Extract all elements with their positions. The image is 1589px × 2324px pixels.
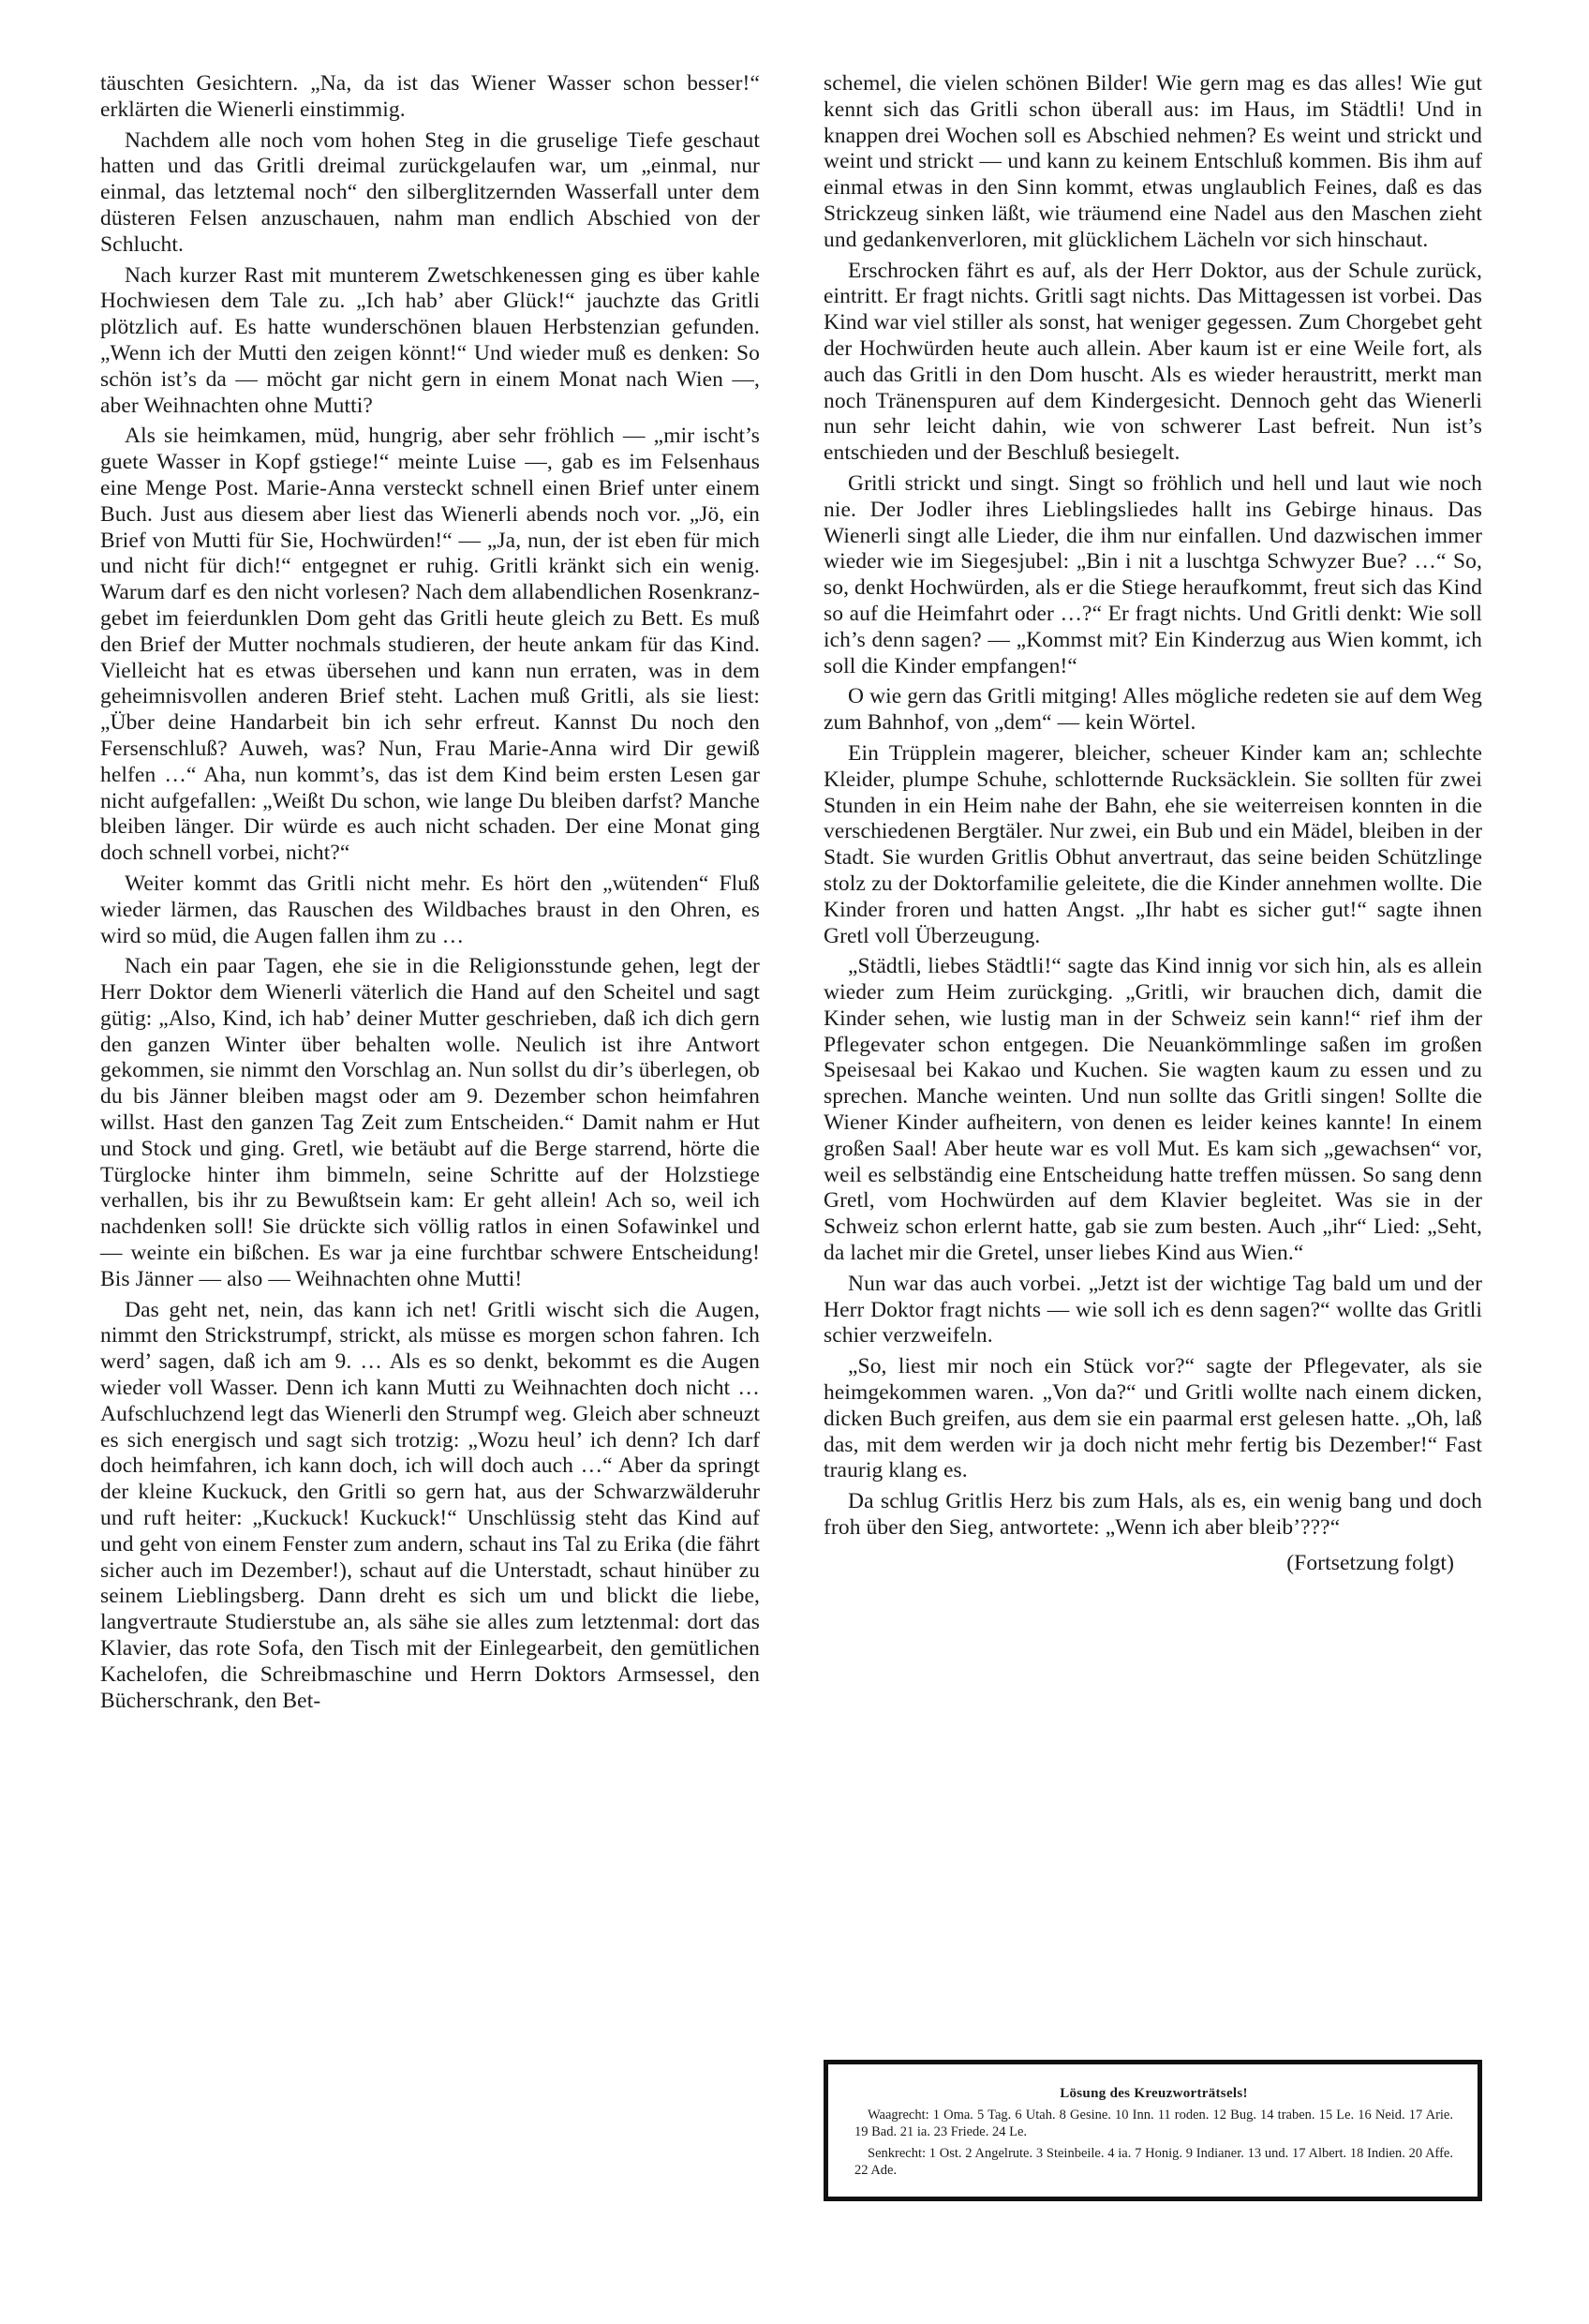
paragraph: Ein Trüpplein magerer, bleicher, scheuer…	[824, 741, 1482, 949]
paragraph: schemel, die vielen schönen Bilder! Wie …	[824, 71, 1482, 254]
paragraph: Nach ein paar Tagen, ehe sie in die Reli…	[100, 954, 760, 1292]
paragraph: Nach kurzer Rast mit munterem Zwetschken…	[100, 263, 760, 420]
paragraph: Weiter kommt das Gritli nicht mehr. Es h…	[100, 871, 760, 949]
paragraph: Nun war das auch vorbei. „Jetzt ist der …	[824, 1272, 1482, 1349]
crossword-solution-box: Lösung des Kreuzworträtsels! Waagrecht: …	[824, 2060, 1482, 2201]
paragraph: Nachdem alle noch vom hohen Steg in die …	[100, 128, 760, 259]
crossword-down-answers: Senkrecht: 1 Ost. 2 Angelrute. 3 Steinbe…	[854, 2145, 1453, 2179]
paragraph: täuschten Gesichtern. „Na, da ist das Wi…	[100, 71, 760, 124]
crossword-across-answers: Waagrecht: 1 Oma. 5 Tag. 6 Utah. 8 Gesin…	[854, 2107, 1453, 2140]
crossword-solution-title: Lösung des Kreuzworträtsels!	[854, 2085, 1453, 2102]
paragraph: Erschrocken fährt es auf, als der Herr D…	[824, 259, 1482, 467]
paragraph: „So, liest mir noch ein Stück vor?“ sagt…	[824, 1354, 1482, 1484]
paragraph: Als sie heimkamen, müd, hungrig, aber se…	[100, 424, 760, 867]
right-text-column: schemel, die vielen schönen Bilder! Wie …	[824, 71, 1482, 1577]
paragraph: Das geht net, nein, das kann ich net! Gr…	[100, 1298, 760, 1715]
to-be-continued-note: (Fortsetzung folgt)	[824, 1551, 1454, 1577]
paragraph: O wie gern das Gritli mitging! Alles mög…	[824, 684, 1482, 737]
paragraph: Gritli strickt und singt. Singt so fröhl…	[824, 471, 1482, 679]
paragraph: „Städtli, liebes Städtli!“ sagte das Kin…	[824, 954, 1482, 1267]
left-text-column: täuschten Gesichtern. „Na, da ist das Wi…	[100, 71, 760, 1719]
paragraph: Da schlug Gritlis Herz bis zum Hals, als…	[824, 1489, 1482, 1542]
